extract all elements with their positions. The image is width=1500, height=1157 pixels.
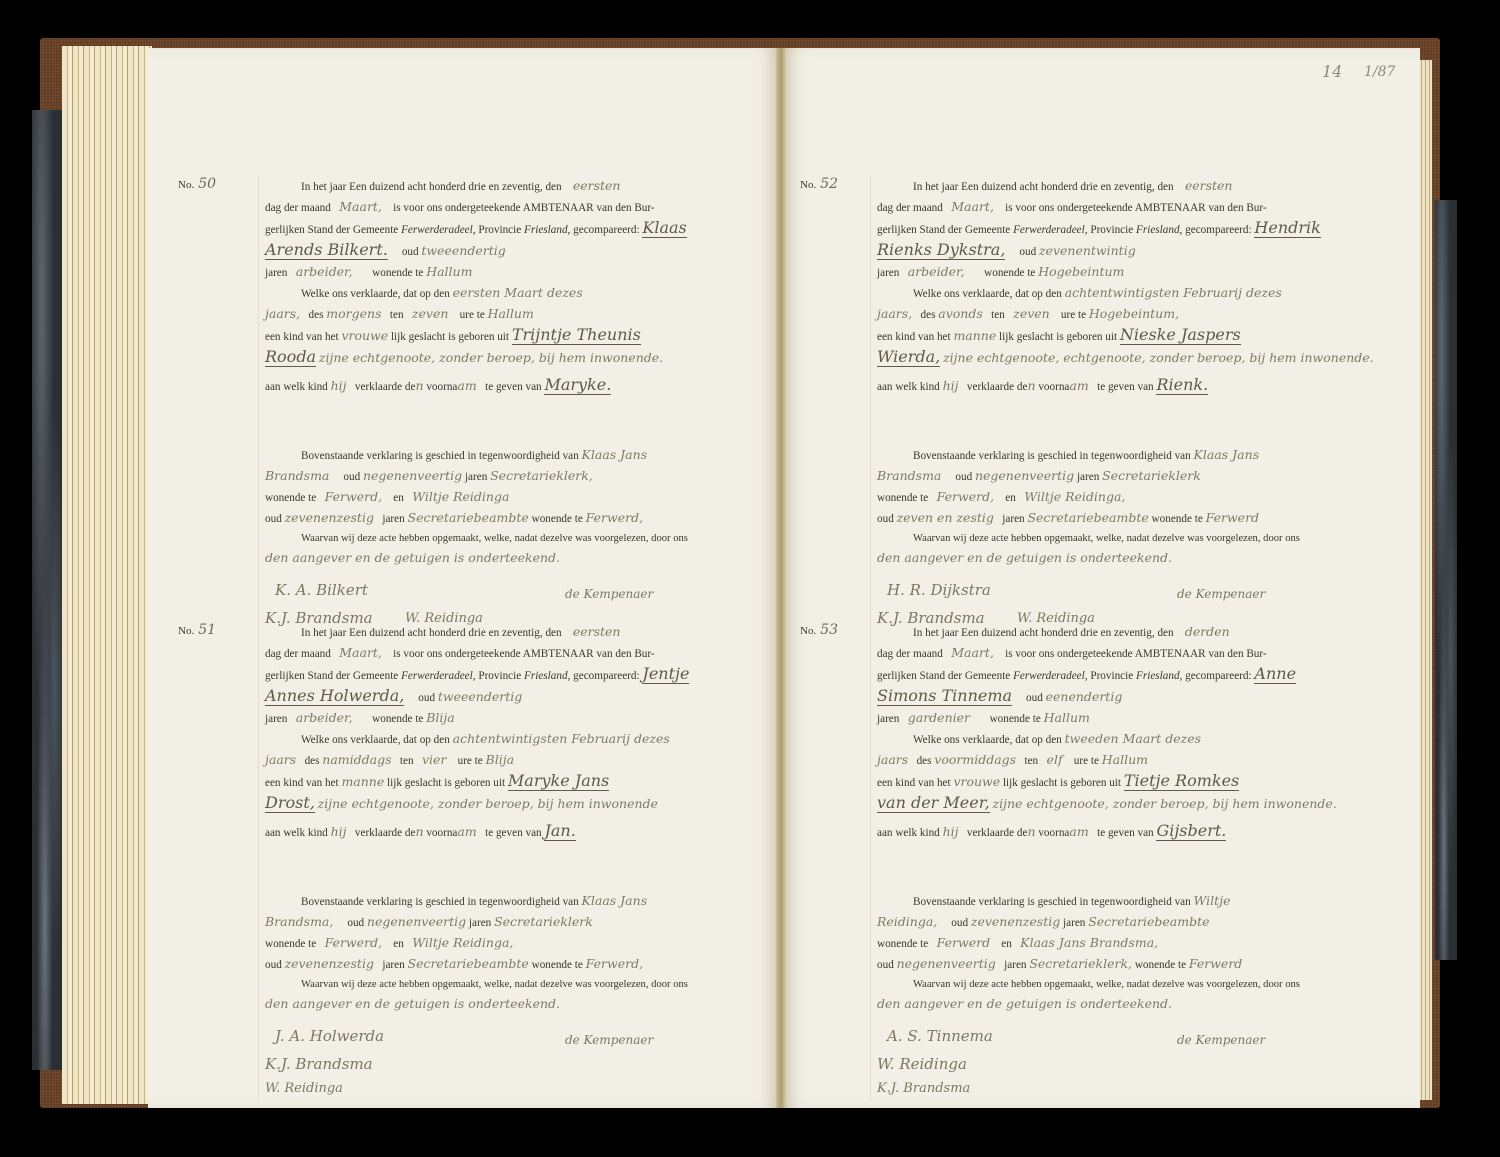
child-sex: manne — [953, 328, 996, 343]
birth-act-2: In het jaar Een duizend acht honderd dri… — [870, 176, 1370, 655]
form-text: ten — [991, 309, 1005, 321]
form-text: oud — [955, 471, 972, 483]
declarant-residence: Blija — [426, 710, 455, 725]
birth-date: tweeden Maart dezes — [1065, 731, 1201, 746]
form-text: Bovenstaande verklaring is geschied in t… — [301, 896, 579, 908]
act-number-label: No. — [800, 179, 816, 191]
form-text: wonende te — [877, 938, 928, 950]
form-text: voorna — [1038, 827, 1069, 839]
form-text: aan welk kind — [877, 381, 940, 393]
witness1-last: Brandsma — [877, 468, 941, 483]
form-text: oud — [343, 471, 360, 483]
form-text: Welke ons verklaarde, dat op den — [301, 734, 450, 746]
signature-registrar: de Kempenaer — [1177, 1031, 1265, 1050]
signature-declarant: H. R. Dijkstra — [887, 581, 991, 600]
form-text: jaren — [382, 513, 404, 525]
witness1-residence: Ferwerd, — [325, 489, 382, 504]
mother-last-name: Wierda, — [877, 347, 940, 367]
closing-handwritten: den aangever en de getuigen is onderteek… — [877, 996, 1172, 1011]
form-text: en — [393, 938, 404, 950]
suffix: am — [457, 378, 476, 393]
witness1-occupation: Secretarieklerk — [1102, 468, 1201, 483]
witness1-last: Brandsma — [265, 468, 329, 483]
form-text: gerlijken Stand der Gemeente — [877, 224, 1010, 236]
act-number-value: 53 — [820, 622, 838, 638]
form-text: een kind van het — [877, 331, 951, 343]
declarant-occupation: arbeider, — [908, 264, 965, 279]
form-text: des — [917, 755, 932, 767]
witness1-age: negenenveertig — [975, 468, 1074, 483]
declarant-occupation: arbeider, — [296, 710, 353, 725]
province: Friesland — [524, 670, 568, 682]
form-text: des — [305, 755, 320, 767]
witness1-age: negenenveertig — [367, 914, 466, 929]
form-text: ure te — [1074, 755, 1099, 767]
form-text: Welke ons verklaarde, dat op den — [913, 734, 1062, 746]
form-text: is voor ons ondergeteekende AMBTENAAR va… — [1005, 202, 1267, 214]
form-text: jaren — [465, 471, 487, 483]
birth-place: Hallum — [1102, 752, 1148, 767]
form-text: des — [921, 309, 936, 321]
month-handwritten: Maart, — [951, 199, 994, 214]
book-gutter — [776, 48, 786, 1108]
form-text: oud — [402, 246, 419, 258]
birth-hour: zeven — [1013, 306, 1050, 321]
form-text: wonende te — [372, 267, 423, 279]
act-number: No.51 — [178, 622, 216, 638]
form-text: te geven van — [485, 381, 542, 393]
form-text: wonende te — [984, 267, 1035, 279]
form-text: dag der maand — [265, 648, 331, 660]
child-name: Gijsbert. — [1156, 821, 1226, 841]
child-name: Rienk. — [1156, 375, 1208, 395]
mother-description: zijne echtgenoote, zonder beroep, bij he… — [319, 350, 663, 365]
closing-handwritten: den aangever en de getuigen is onderteek… — [265, 550, 560, 565]
form-text: wonende te — [990, 713, 1041, 725]
day-handwritten: eersten — [573, 178, 621, 193]
birth-act-3: In het jaar Een duizend acht honderd dri… — [870, 622, 1370, 1101]
act-number: No.52 — [800, 176, 838, 192]
signature-registrar: de Kempenaer — [1177, 585, 1265, 604]
pronoun: hij — [943, 378, 959, 393]
form-text: Waarvan wij deze acte hebben opgemaakt, … — [913, 533, 1300, 544]
birth-date: achtentwintigsten Februarij dezes — [1065, 285, 1282, 300]
declarant-residence: Hogebeintum — [1038, 264, 1124, 279]
form-text: Waarvan wij deze acte hebben opgemaakt, … — [913, 979, 1300, 990]
page-number: 14 — [1322, 62, 1342, 81]
signature-declarant: A. S. Tinnema — [887, 1027, 993, 1046]
form-text: , gecompareerd: — [1180, 224, 1252, 236]
form-text: dag der maand — [877, 202, 943, 214]
form-text: In het jaar Een duizend acht honderd dri… — [913, 181, 1174, 193]
declarant-first-name: Jentje — [642, 664, 689, 684]
declarant-age: eenendertig — [1046, 689, 1123, 704]
declarant-residence: Hallum — [426, 264, 472, 279]
form-text: te geven van — [1097, 827, 1154, 839]
day-handwritten: eersten — [1185, 178, 1233, 193]
time-of-day: voormiddags — [934, 752, 1016, 767]
form-text: Waarvan wij deze acte hebben opgemaakt, … — [301, 979, 688, 990]
child-sex: vrouwe — [341, 328, 388, 343]
form-text: jaren — [1063, 917, 1085, 929]
municipality: Ferwerderadeel — [1013, 670, 1085, 682]
form-text: jaren — [1004, 959, 1026, 971]
form-text: wonende te — [265, 492, 316, 504]
witness1-name: Klaas Jans — [582, 447, 648, 462]
mother-first-name: Tietje Romkes — [1124, 771, 1239, 791]
province: Friesland — [1136, 670, 1180, 682]
act-number-label: No. — [178, 625, 194, 637]
witness2-occupation: Secretariebeambte — [408, 510, 529, 525]
form-text: verklaarde de — [355, 827, 416, 839]
year-word: jaars, — [877, 306, 912, 321]
form-text: wonende te — [532, 513, 583, 525]
form-text: jaren — [469, 917, 491, 929]
act-number-label: No. — [178, 179, 194, 191]
mother-last-name: van der Meer, — [877, 793, 990, 813]
form-text: , Provincie — [473, 670, 521, 682]
witness2-residence: Ferwerd, — [586, 510, 643, 525]
mother-first-name: Nieske Jaspers — [1120, 325, 1241, 345]
witness1-last: Reidinga, — [877, 914, 937, 929]
witness1-occupation: Secretarieklerk — [494, 914, 593, 929]
witness2-name: Klaas Jans Brandsma, — [1020, 935, 1158, 950]
witness2-residence: Ferwerd, — [586, 956, 643, 971]
witness1-name: Wiltje — [1194, 893, 1231, 908]
signature-witness-2: W. Reidinga — [265, 1079, 343, 1098]
form-text: wonende te — [1135, 959, 1186, 971]
suffix: n — [415, 824, 423, 839]
mother-description: zijne echtgenoote, zonder beroep, bij he… — [318, 796, 658, 811]
child-sex: vrouwe — [953, 774, 1000, 789]
suffix: am — [1069, 824, 1088, 839]
declarant-occupation: arbeider, — [296, 264, 353, 279]
form-text: voorna — [1038, 381, 1069, 393]
form-text: voorna — [426, 827, 457, 839]
witness1-residence: Ferwerd, — [325, 935, 382, 950]
birth-act-0: In het jaar Een duizend acht honderd dri… — [258, 176, 758, 655]
form-text: aan welk kind — [877, 827, 940, 839]
declarant-name: Annes Holwerda, — [265, 686, 404, 706]
form-text: lijk geslacht is geboren uit — [391, 331, 509, 343]
form-text: jaren — [382, 959, 404, 971]
form-text: oud — [418, 692, 435, 704]
municipality: Ferwerderadeel — [1013, 224, 1085, 236]
child-sex: manne — [341, 774, 384, 789]
form-text: gerlijken Stand der Gemeente — [265, 670, 398, 682]
form-text: jaren — [265, 267, 287, 279]
form-text: In het jaar Een duizend acht honderd dri… — [913, 627, 1174, 639]
form-text: , Provincie — [1085, 670, 1133, 682]
signature-witness-2: K.J. Brandsma — [877, 1079, 970, 1098]
pronoun: hij — [331, 378, 347, 393]
witness1-age: negenenveertig — [363, 468, 462, 483]
form-text: lijk geslacht is geboren uit — [1003, 777, 1121, 789]
form-text: verklaarde de — [355, 381, 416, 393]
folio-mark: 1/87 — [1364, 64, 1395, 80]
mother-last-name: Drost, — [265, 793, 315, 813]
page-edges-right — [1418, 60, 1432, 1100]
witness1-occupation: Secretarieklerk, — [490, 468, 593, 483]
page-edges-left — [62, 46, 152, 1104]
form-text: gerlijken Stand der Gemeente — [265, 224, 398, 236]
form-text: oud — [877, 513, 894, 525]
form-text: jaren — [1002, 513, 1024, 525]
marbled-endpaper-left — [32, 110, 64, 1070]
form-text: des — [309, 309, 324, 321]
witness2-age: zevenenzestig — [285, 510, 374, 525]
form-text: Waarvan wij deze acte hebben opgemaakt, … — [301, 533, 688, 544]
form-text: een kind van het — [265, 331, 339, 343]
form-text: wonende te — [265, 938, 316, 950]
form-text: oud — [877, 959, 894, 971]
declarant-first-name: Klaas — [642, 218, 686, 238]
witness2-name: Wiltje Reidinga, — [1024, 489, 1125, 504]
declarant-age: tweeendertig — [421, 243, 505, 258]
signature-declarant: J. A. Holwerda — [275, 1027, 384, 1046]
form-text: oud — [1026, 692, 1043, 704]
form-text: ten — [400, 755, 414, 767]
act-number-label: No. — [800, 625, 816, 637]
form-text: en — [1001, 938, 1012, 950]
form-text: lijk geslacht is geboren uit — [999, 331, 1117, 343]
form-text: ure te — [460, 309, 485, 321]
form-text: voorna — [426, 381, 457, 393]
signature-registrar: de Kempenaer — [565, 1031, 653, 1050]
day-handwritten: eersten — [573, 624, 621, 639]
form-text: verklaarde de — [967, 827, 1028, 839]
form-text: oud — [951, 917, 968, 929]
year-word: jaars, — [265, 306, 300, 321]
witness2-residence: Ferwerd — [1206, 510, 1259, 525]
signature-witness-1: K.J. Brandsma — [265, 1055, 373, 1074]
form-text: oud — [347, 917, 364, 929]
declarant-age: zevenentwintig — [1039, 243, 1136, 258]
declarant-occupation: gardenier — [908, 710, 970, 725]
witness2-residence: Ferwerd — [1189, 956, 1242, 971]
form-text: Bovenstaande verklaring is geschied in t… — [913, 450, 1191, 462]
act-number-value: 50 — [198, 176, 216, 192]
witness1-residence: Ferwerd, — [937, 489, 994, 504]
form-text: oud — [265, 513, 282, 525]
form-text: is voor ons ondergeteekende AMBTENAAR va… — [393, 648, 655, 660]
suffix: am — [457, 824, 476, 839]
form-text: aan welk kind — [265, 827, 328, 839]
municipality: Ferwerderadeel — [401, 224, 473, 236]
child-name: Jan. — [544, 821, 575, 841]
witness2-occupation: Secretariebeambte — [1027, 510, 1148, 525]
declarant-name: Arends Bilkert. — [265, 240, 388, 260]
signature-declarant: K. A. Bilkert — [275, 581, 368, 600]
birth-hour: vier — [422, 752, 446, 767]
time-of-day: avonds — [938, 306, 983, 321]
witness1-residence: Ferwerd — [937, 935, 990, 950]
form-text: Welke ons verklaarde, dat op den — [913, 288, 1062, 300]
birth-act-1: In het jaar Een duizend acht honderd dri… — [258, 622, 758, 1101]
suffix: n — [415, 378, 423, 393]
form-text: In het jaar Een duizend acht honderd dri… — [301, 181, 562, 193]
form-text: en — [1005, 492, 1016, 504]
signature-witness-1: W. Reidinga — [877, 1055, 967, 1074]
month-handwritten: Maart, — [339, 199, 382, 214]
form-text: gerlijken Stand der Gemeente — [877, 670, 1010, 682]
province: Friesland — [524, 224, 568, 236]
act-number-value: 52 — [820, 176, 838, 192]
province: Friesland — [1136, 224, 1180, 236]
form-text: , gecompareerd: — [1180, 670, 1252, 682]
witness1-occupation: Secretariebeambte — [1088, 914, 1209, 929]
form-text: Bovenstaande verklaring is geschied in t… — [913, 896, 1191, 908]
marbled-endpaper-right — [1435, 200, 1457, 960]
month-handwritten: Maart, — [951, 645, 994, 660]
form-text: ten — [390, 309, 404, 321]
form-text: te geven van — [1097, 381, 1154, 393]
pronoun: hij — [331, 824, 347, 839]
closing-handwritten: den aangever en de getuigen is onderteek… — [265, 996, 560, 1011]
form-text: Welke ons verklaarde, dat op den — [301, 288, 450, 300]
form-text: ure te — [458, 755, 483, 767]
mother-description: zijne echtgenoote, zonder beroep, bij he… — [993, 796, 1337, 811]
witness2-name: Wiltje Reidinga, — [412, 935, 513, 950]
declarant-name: Rienks Dykstra, — [877, 240, 1005, 260]
mother-first-name: Maryke Jans — [508, 771, 609, 791]
form-text: dag der maand — [877, 648, 943, 660]
mother-last-name: Rooda — [265, 347, 316, 367]
form-text: een kind van het — [265, 777, 339, 789]
municipality: Ferwerderadeel — [401, 670, 473, 682]
witness1-name: Klaas Jans — [1194, 447, 1260, 462]
form-text: , Provincie — [473, 224, 521, 236]
form-text: ten — [1024, 755, 1038, 767]
act-number: No.50 — [178, 176, 216, 192]
form-text: , gecompareerd: — [568, 670, 640, 682]
birth-hour: zeven — [412, 306, 449, 321]
form-text: is voor ons ondergeteekende AMBTENAAR va… — [393, 202, 655, 214]
birth-hour: elf — [1047, 752, 1063, 767]
form-text: jaren — [1077, 471, 1099, 483]
pronoun: hij — [943, 824, 959, 839]
signature-registrar: de Kempenaer — [565, 585, 653, 604]
witness1-last: Brandsma, — [265, 914, 333, 929]
form-text: , gecompareerd: — [568, 224, 640, 236]
year-word: jaars — [265, 752, 296, 767]
form-text: In het jaar Een duizend acht honderd dri… — [301, 627, 562, 639]
time-of-day: morgens — [326, 306, 381, 321]
form-text: wonende te — [532, 959, 583, 971]
witness1-name: Klaas Jans — [582, 893, 648, 908]
birth-place: Hallum — [488, 306, 534, 321]
form-text: jaren — [877, 713, 899, 725]
form-text: wonende te — [372, 713, 423, 725]
form-text: verklaarde de — [967, 381, 1028, 393]
mother-description: zijne echtgenoote, echtgenoote, zonder b… — [943, 350, 1374, 365]
form-text: te geven van — [485, 827, 542, 839]
form-text: is voor ons ondergeteekende AMBTENAAR va… — [1005, 648, 1267, 660]
form-text: een kind van het — [877, 777, 951, 789]
closing-handwritten: den aangever en de getuigen is onderteek… — [877, 550, 1172, 565]
declarant-first-name: Hendrik — [1254, 218, 1320, 238]
birth-date: eersten Maart dezes — [453, 285, 583, 300]
form-text: en — [393, 492, 404, 504]
witness2-occupation: Secretariebeambte — [408, 956, 529, 971]
witness2-age: negenenveertig — [897, 956, 996, 971]
suffix: n — [1027, 378, 1035, 393]
form-text: aan welk kind — [265, 381, 328, 393]
suffix: am — [1069, 378, 1088, 393]
child-name: Maryke. — [544, 375, 611, 395]
declarant-age: tweeendertig — [438, 689, 522, 704]
form-text: jaren — [265, 713, 287, 725]
declarant-residence: Hallum — [1044, 710, 1090, 725]
birth-date: achtentwintigsten Februarij dezes — [453, 731, 670, 746]
declarant-first-name: Anne — [1254, 664, 1296, 684]
form-text: wonende te — [877, 492, 928, 504]
year-word: jaars — [877, 752, 908, 767]
day-handwritten: derden — [1185, 624, 1230, 639]
birth-place: Blija — [486, 752, 515, 767]
time-of-day: namiddags — [322, 752, 391, 767]
witness1-age: zevenenzestig — [971, 914, 1060, 929]
act-number-value: 51 — [198, 622, 216, 638]
act-number: No.53 — [800, 622, 838, 638]
form-text: , Provincie — [1085, 224, 1133, 236]
declarant-name: Simons Tinnema — [877, 686, 1012, 706]
form-text: wonende te — [1152, 513, 1203, 525]
witness2-age: zeven en zestig — [897, 510, 994, 525]
form-text: Bovenstaande verklaring is geschied in t… — [301, 450, 579, 462]
form-text: ure te — [1061, 309, 1086, 321]
witness2-occupation: Secretarieklerk, — [1029, 956, 1132, 971]
mother-first-name: Trijntje Theunis — [512, 325, 641, 345]
form-text: oud — [1019, 246, 1036, 258]
witness2-age: zevenenzestig — [285, 956, 374, 971]
suffix: n — [1027, 824, 1035, 839]
birth-place: Hogebeintum, — [1089, 306, 1179, 321]
form-text: dag der maand — [265, 202, 331, 214]
form-text: jaren — [877, 267, 899, 279]
form-text: oud — [265, 959, 282, 971]
witness2-name: Wiltje Reidinga — [412, 489, 509, 504]
form-text: lijk geslacht is geboren uit — [387, 777, 505, 789]
month-handwritten: Maart, — [339, 645, 382, 660]
